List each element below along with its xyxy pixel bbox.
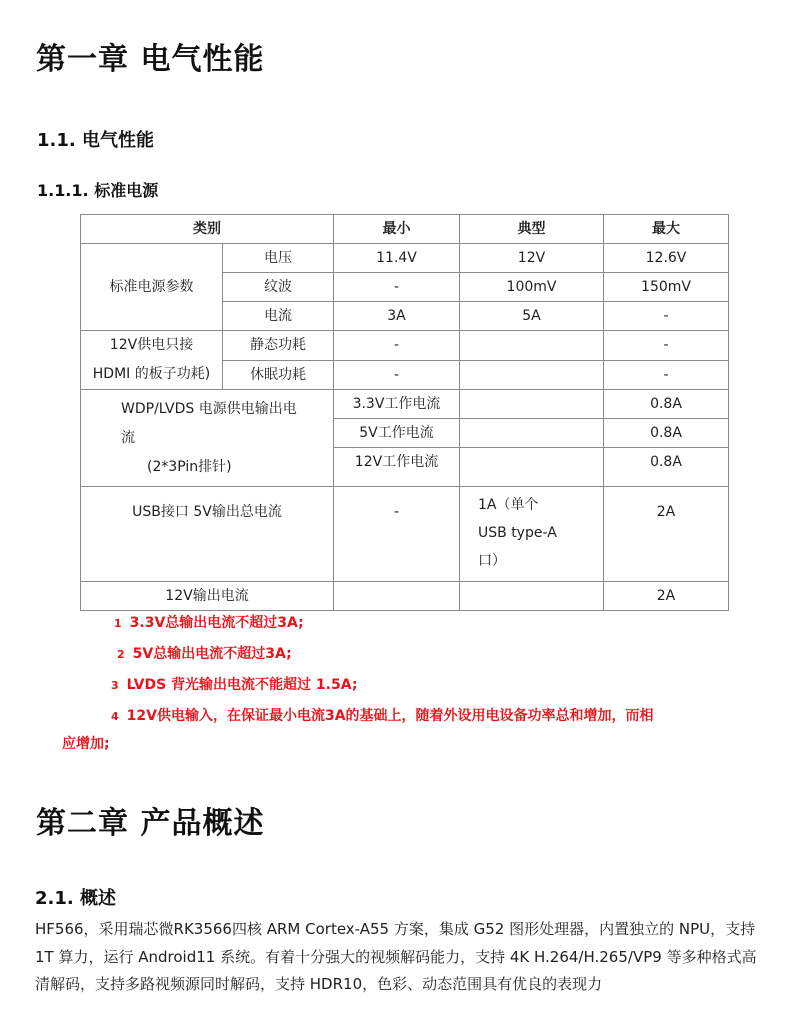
note-number: 2 (117, 648, 125, 661)
usb-output-label: USB接口 5V输出总电流 (81, 487, 334, 582)
max-cell: - (604, 331, 729, 361)
section-1-1-heading: 1.1. 电气性能 (37, 126, 154, 152)
group-label-line: 12V供电只接 (81, 331, 222, 360)
param-cell: 纹波 (223, 273, 334, 302)
max-cell: 0.8A (604, 419, 729, 448)
note-continuation: 应增加; (62, 733, 110, 753)
power-spec-table: 类别 最小 典型 最大 标准电源参数 电压 11.4V 12V 12.6V 纹波… (80, 214, 729, 611)
table-header-row: 类别 最小 典型 最大 (81, 215, 729, 244)
param-cell: 3.3V工作电流 (334, 390, 460, 419)
table-row: 12V供电只接 HDMI 的板子功耗) 静态功耗 - - (81, 331, 729, 361)
param-cell: 电流 (223, 302, 334, 331)
max-cell: 150mV (604, 273, 729, 302)
typ-cell: 1A（单个 USB type-A 口） (460, 487, 604, 582)
section-1-1-1-heading: 1.1.1. 标准电源 (37, 178, 158, 201)
max-cell: 0.8A (604, 448, 729, 487)
min-cell: - (334, 360, 460, 390)
group-label-line: 流 (121, 424, 333, 453)
group-label-line: WDP/LVDS 电源供电输出电 (121, 395, 333, 424)
group-label-hdmi-only: 12V供电只接 HDMI 的板子功耗) (81, 331, 223, 390)
typ-line: USB type-A (478, 519, 603, 547)
max-cell: - (604, 360, 729, 390)
note-item: 3LVDS 背光输出电流不能超过 1.5A; (111, 674, 357, 694)
section-2-1-heading: 2.1. 概述 (35, 884, 116, 910)
max-cell: 2A (604, 582, 729, 611)
max-cell: 0.8A (604, 390, 729, 419)
out12v-label: 12V输出电流 (81, 582, 334, 611)
note-number: 1 (114, 617, 122, 630)
typ-cell (460, 448, 604, 487)
min-cell: - (334, 487, 460, 582)
max-cell: 12.6V (604, 244, 729, 273)
group-label-wdp-lvds: WDP/LVDS 电源供电输出电 流 (2*3Pin排针) (81, 390, 334, 487)
typ-cell (460, 360, 604, 390)
typ-line: 1A（单个 (478, 491, 603, 519)
typ-cell: 100mV (460, 273, 604, 302)
typ-cell (460, 419, 604, 448)
table-row: 标准电源参数 电压 11.4V 12V 12.6V (81, 244, 729, 273)
table-row: WDP/LVDS 电源供电输出电 流 (2*3Pin排针) 3.3V工作电流 0… (81, 390, 729, 419)
group-label-line: HDMI 的板子功耗) (81, 360, 222, 389)
note-item: 13.3V总输出电流不超过3A; (114, 612, 304, 632)
note-text: LVDS 背光输出电流不能超过 1.5A; (127, 677, 358, 693)
param-cell: 电压 (223, 244, 334, 273)
table-row: USB接口 5V输出总电流 - 1A（单个 USB type-A 口） 2A (81, 487, 729, 582)
chapter-1-title: 第一章 电气性能 (36, 34, 264, 78)
param-cell: 休眠功耗 (223, 360, 334, 390)
typ-line: 口） (478, 547, 603, 575)
min-cell: - (334, 331, 460, 361)
overview-paragraph: HF566，采用瑞芯微RK3566四核 ARM Cortex-A55 方案，集成… (35, 916, 765, 999)
header-category: 类别 (81, 215, 334, 244)
param-cell: 12V工作电流 (334, 448, 460, 487)
param-cell: 静态功耗 (223, 331, 334, 361)
header-max: 最大 (604, 215, 729, 244)
header-min: 最小 (334, 215, 460, 244)
group-label-line: (2*3Pin排针) (121, 453, 333, 482)
note-item: 25V总输出电流不超过3A; (117, 643, 292, 663)
note-number: 3 (111, 679, 119, 692)
min-cell (334, 582, 460, 611)
typ-cell (460, 582, 604, 611)
note-number: 4 (111, 710, 119, 723)
note-text: 5V总输出电流不超过3A; (133, 646, 292, 662)
max-cell: 2A (604, 487, 729, 582)
chapter-2-title: 第二章 产品概述 (36, 798, 264, 842)
note-text: 3.3V总输出电流不超过3A; (130, 615, 304, 631)
header-typ: 典型 (460, 215, 604, 244)
min-cell: 3A (334, 302, 460, 331)
note-item: 412V供电输入，在保证最小电流3A的基础上，随着外设用电设备功率总和增加，而相 (111, 705, 654, 725)
typ-cell (460, 390, 604, 419)
typ-cell (460, 331, 604, 361)
group-label-standard-power: 标准电源参数 (81, 244, 223, 331)
min-cell: - (334, 273, 460, 302)
note-text: 12V供电输入，在保证最小电流3A的基础上，随着外设用电设备功率总和增加，而相 (127, 708, 654, 724)
typ-cell: 12V (460, 244, 604, 273)
param-cell: 5V工作电流 (334, 419, 460, 448)
table-row: 12V输出电流 2A (81, 582, 729, 611)
max-cell: - (604, 302, 729, 331)
typ-cell: 5A (460, 302, 604, 331)
min-cell: 11.4V (334, 244, 460, 273)
